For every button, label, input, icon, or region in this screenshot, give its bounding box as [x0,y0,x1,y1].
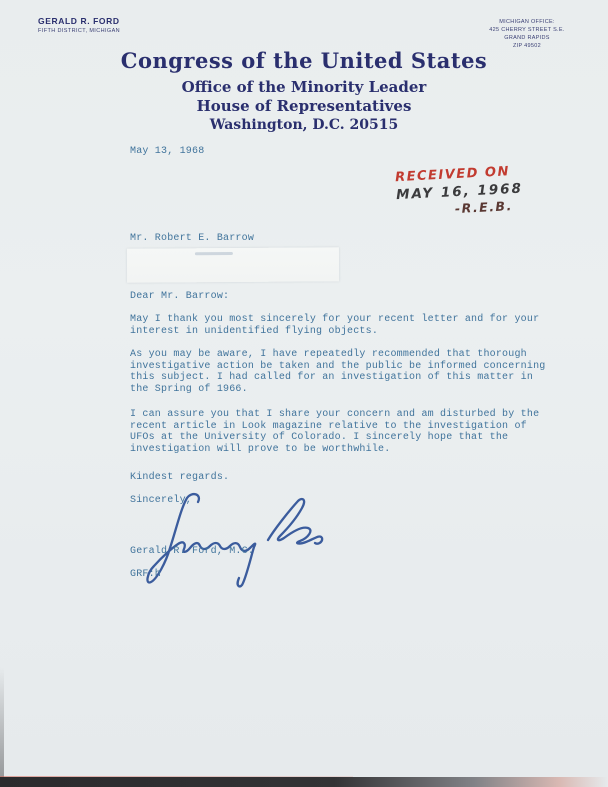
letterhead-member-block: GERALD R. FORD FIFTH DISTRICT, MICHIGAN [38,16,120,34]
office-line: MICHIGAN OFFICE: [462,18,592,26]
scan-edge-bottom [0,777,608,787]
member-name: GERALD R. FORD [38,16,120,26]
scan-edge-left [0,667,4,787]
letter-date: May 13, 1968 [130,146,204,158]
letterhead-subtitle-house: House of Representatives [0,97,608,116]
addressee-name: Mr. Robert E. Barrow [130,233,254,245]
letterhead-office-block: MICHIGAN OFFICE: 425 CHERRY STREET S.E. … [462,18,592,50]
salutation: Dear Mr. Barrow: [130,291,229,303]
letterhead-title: Congress of the United States [0,48,608,74]
paragraph-1: May I thank you most sincerely for your … [130,314,539,337]
signature-stroke-jerry [147,494,255,586]
closing-regards: Kindest regards. [130,472,229,484]
paragraph-2: As you may be aware, I have repeatedly r… [130,349,545,395]
paragraph-3: I can assure you that I share your conce… [130,409,539,455]
letter-scan: GERALD R. FORD FIFTH DISTRICT, MICHIGAN … [0,0,608,787]
signed-name: Gerald R. Ford, M.C. [130,546,254,558]
office-line: 425 CHERRY STREET S.E. [462,26,592,34]
redaction-tape [127,247,339,282]
received-annotation: RECEIVED ON MAY 16, 1968 -R.E.B. [395,162,557,219]
office-line: GRAND RAPIDS [462,34,592,42]
letterhead-center: Congress of the United States Office of … [0,48,608,134]
reference-initials: GRF:h [130,569,161,581]
signature-stroke-ford [268,499,322,544]
tape-smudge [195,252,233,255]
letterhead-subtitle-office: Office of the Minority Leader [0,77,608,97]
letterhead-city-line: Washington, D.C. 20515 [0,116,608,134]
member-district: FIFTH DISTRICT, MICHIGAN [38,28,120,34]
signature-ink [132,486,332,590]
